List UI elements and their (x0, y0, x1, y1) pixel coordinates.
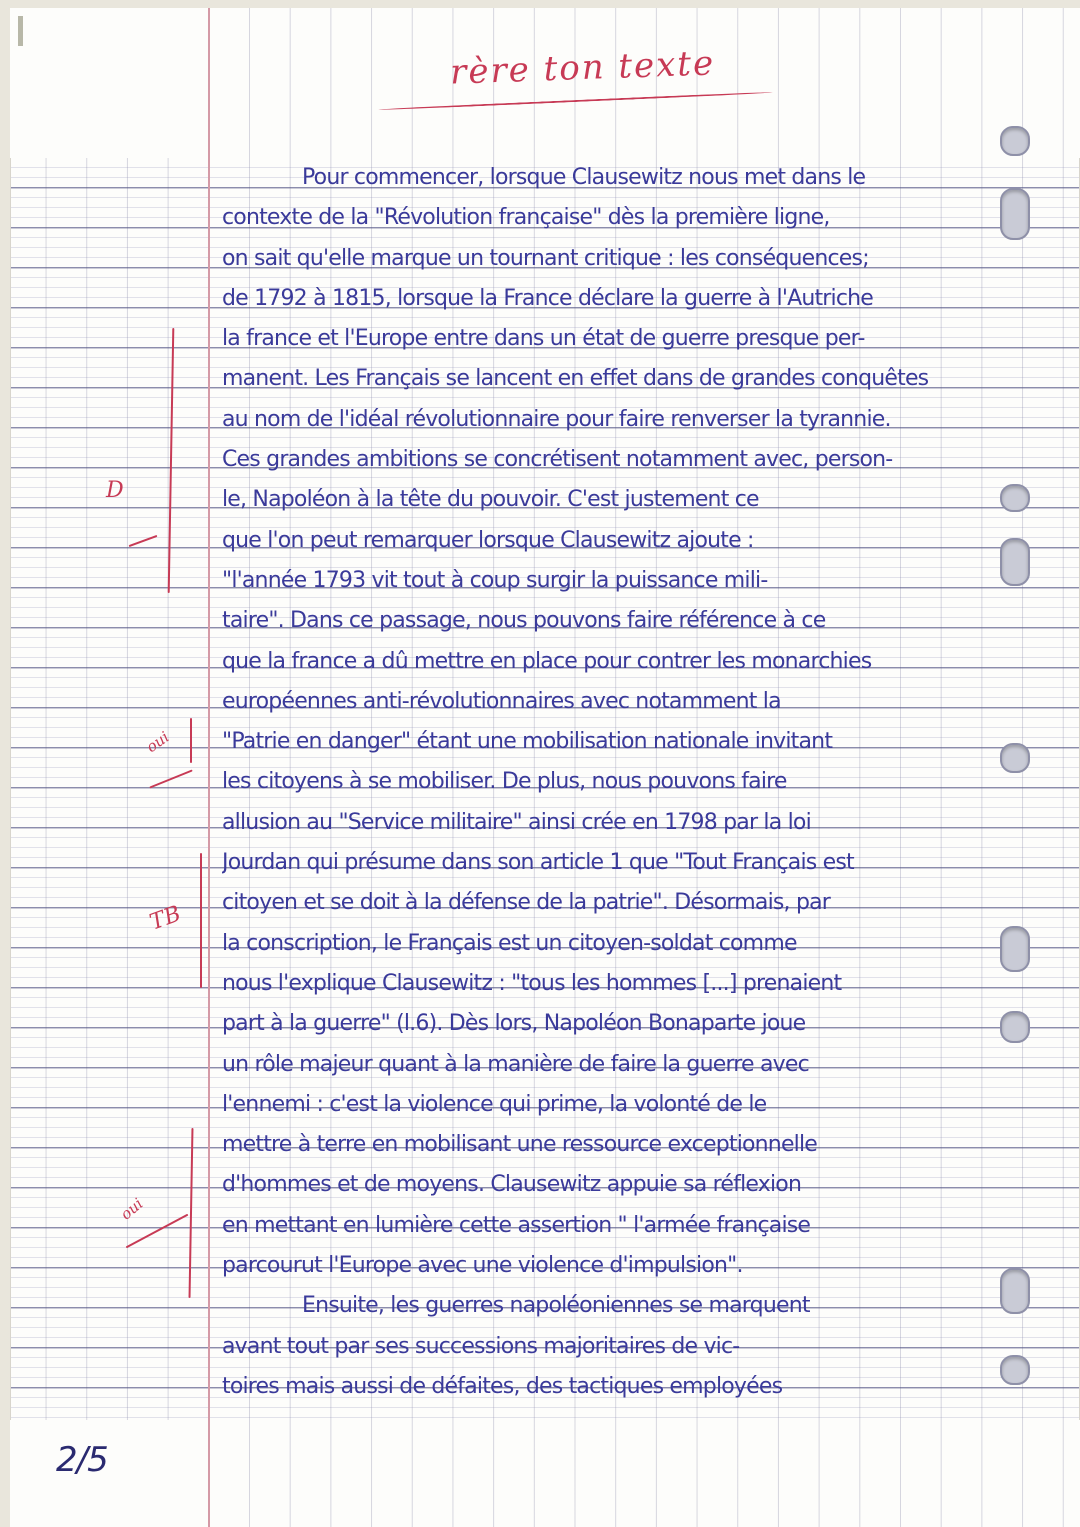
text-line: "l'année 1793 vit tout à coup surgir la … (222, 561, 1072, 601)
handwritten-body: Pour commencer, lorsque Clausewitz nous … (222, 158, 1072, 1407)
text-line: parcourut l'Europe avec une violence d'i… (222, 1246, 1072, 1286)
text-line: Ces grandes ambitions se concrétisent no… (222, 440, 1072, 480)
text-line: un rôle majeur quant à la manière de fai… (222, 1045, 1072, 1085)
text-line: nous l'explique Clausewitz : "tous les h… (222, 964, 1072, 1004)
margin-bracket (200, 853, 202, 988)
text-line: toires mais aussi de défaites, des tacti… (222, 1367, 1072, 1407)
margin-dash (129, 535, 158, 547)
text-line: la france et l'Europe entre dans un état… (222, 319, 1072, 359)
text-line: au nom de l'idéal révolutionnaire pour f… (222, 400, 1072, 440)
margin-bracket (168, 328, 175, 593)
text-line: part à la guerre" (l.6). Dès lors, Napol… (222, 1004, 1072, 1044)
check-mark-icon (149, 769, 192, 788)
text-line: l'ennemi : c'est la violence qui prime, … (222, 1085, 1072, 1125)
margin-annotation-oui: oui (117, 1195, 147, 1224)
text-line: européennes anti-révolutionnaires avec n… (222, 682, 1072, 722)
text-line: citoyen et se doit à la défense de la pa… (222, 883, 1072, 923)
text-line: manent. Les Français se lancent en effet… (222, 359, 1072, 399)
page-number: 2/5 (56, 1440, 108, 1480)
text-line: "Patrie en danger" étant une mobilisatio… (222, 722, 1072, 762)
check-mark-icon (126, 1214, 189, 1249)
margin-bracket (190, 718, 192, 763)
text-line: Pour commencer, lorsque Clausewitz nous … (222, 158, 1072, 198)
text-line: taire". Dans ce passage, nous pouvons fa… (222, 601, 1072, 641)
text-line: de 1792 à 1815, lorsque la France déclar… (222, 279, 1072, 319)
page-footer-area (10, 1420, 1080, 1527)
text-line: Jourdan qui présume dans son article 1 q… (222, 843, 1072, 883)
text-line: allusion au "Service militaire" ainsi cr… (222, 803, 1072, 843)
binding-hole (1000, 126, 1030, 156)
page-corner-mark (18, 16, 23, 46)
notebook-page: rère ton texte Pour commencer, lorsque C… (10, 8, 1080, 1527)
margin-annotation-d: D (106, 478, 124, 503)
margin-annotation-tb: TB (147, 901, 185, 935)
text-line: le, Napoléon à la tête du pouvoir. C'est… (222, 480, 1072, 520)
margin-annotation-oui: oui (143, 728, 173, 756)
margin-bracket (189, 1128, 194, 1298)
text-line: Ensuite, les guerres napoléoniennes se m… (222, 1286, 1072, 1326)
text-line: la conscription, le Français est un cito… (222, 924, 1072, 964)
red-margin-line (208, 8, 210, 1527)
text-line: contexte de la "Révolution française" dè… (222, 198, 1072, 238)
text-line: que la france a dû mettre en place pour … (222, 642, 1072, 682)
text-line: les citoyens à se mobiliser. De plus, no… (222, 762, 1072, 802)
text-line: d'hommes et de moyens. Clausewitz appuie… (222, 1165, 1072, 1205)
text-line: avant tout par ses successions majoritai… (222, 1327, 1072, 1367)
text-line: en mettant en lumière cette assertion " … (222, 1206, 1072, 1246)
text-line: mettre à terre en mobilisant une ressour… (222, 1125, 1072, 1165)
text-line: que l'on peut remarquer lorsque Clausewi… (222, 521, 1072, 561)
left-margin-header (10, 8, 208, 158)
text-line: on sait qu'elle marque un tournant criti… (222, 239, 1072, 279)
